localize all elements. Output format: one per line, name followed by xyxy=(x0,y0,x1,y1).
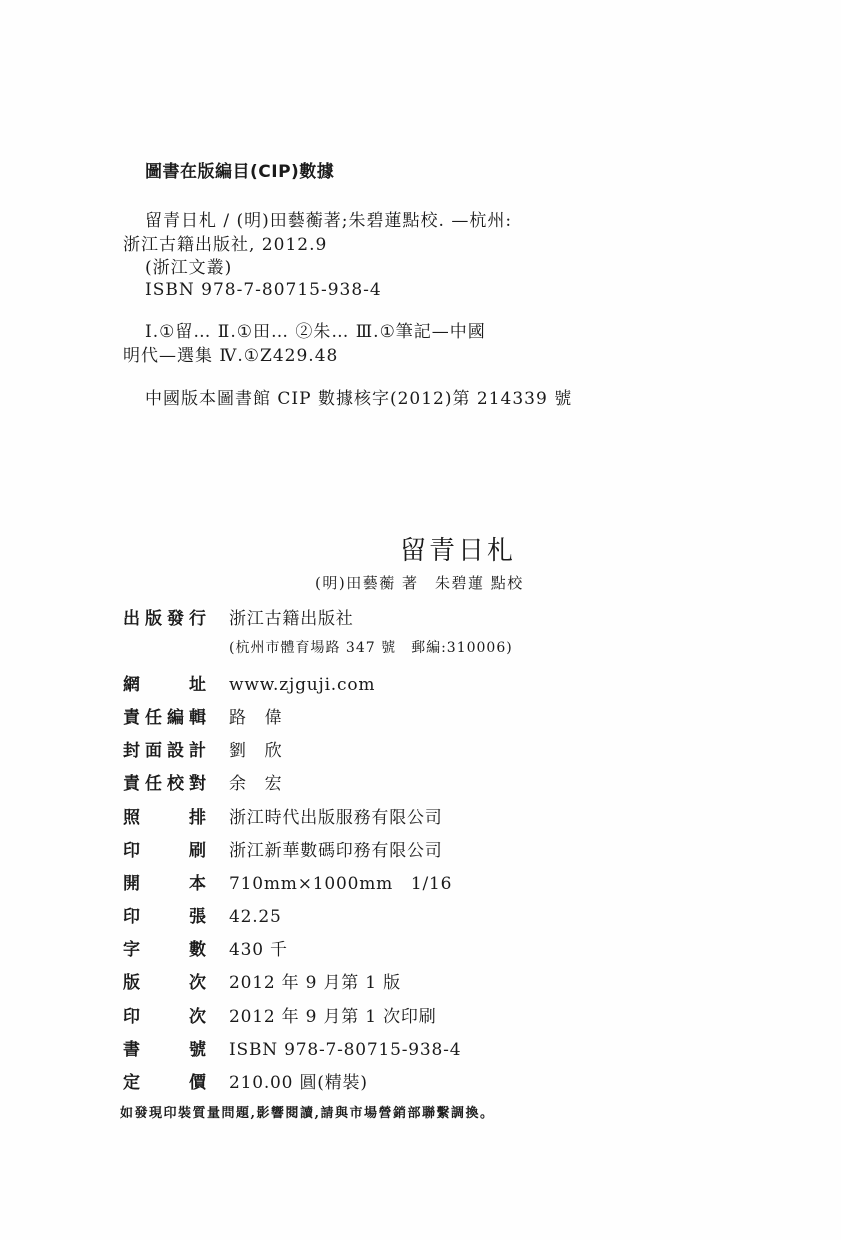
label-char: 印 xyxy=(123,1002,140,1027)
cip-heading: 圖書在版編目(CIP)數據 xyxy=(145,157,334,182)
label-char: 設 xyxy=(167,736,184,761)
label-char: 排 xyxy=(189,803,206,828)
colophon-value: 2012 年 9 月第 1 次印刷 xyxy=(229,1002,437,1027)
book-title: 留青日札 xyxy=(400,530,516,567)
colophon-label: 書號 xyxy=(123,1035,206,1060)
cip-line-record-number: 中國版本圖書館 CIP 數據核字(2012)第 214339 號 xyxy=(145,389,572,409)
colophon-value: 710mm×1000mm 1/16 xyxy=(229,869,452,894)
label-char: 字 xyxy=(123,935,140,960)
colophon-row: 責任校對余 宏 xyxy=(123,769,282,794)
label-char: 校 xyxy=(167,769,184,794)
label-char: 任 xyxy=(145,769,162,794)
label-char: 次 xyxy=(189,968,206,993)
label-char: 刷 xyxy=(189,836,206,861)
colophon-row: 字數430 千 xyxy=(123,935,288,960)
colophon-value: 路 偉 xyxy=(229,703,282,728)
label-char: 封 xyxy=(123,736,140,761)
quality-notice: 如發現印裝質量問題,影響閱讀,請與市場營銷部聯繫調換。 xyxy=(120,1102,495,1121)
colophon-row: 開本710mm×1000mm 1/16 xyxy=(123,869,452,894)
publisher-address: (杭州市體育場路 347 號 郵編:310006) xyxy=(229,637,513,657)
colophon-row: 封面設計劉 欣 xyxy=(123,736,282,761)
label-char: 出 xyxy=(123,604,140,629)
colophon-value: 浙江古籍出版社 xyxy=(229,604,354,629)
colophon-row: 印刷浙江新華數碼印務有限公司 xyxy=(123,836,443,861)
colophon-row-publisher: 出 版 發 行 浙江古籍出版社 xyxy=(123,604,354,629)
label-char: 版 xyxy=(123,968,140,993)
colophon-label: 出 版 發 行 xyxy=(123,604,206,629)
label-char: 任 xyxy=(145,703,162,728)
label-char: 數 xyxy=(189,935,206,960)
colophon-row: 網址www.zjguji.com xyxy=(123,670,375,695)
label-char: 網 xyxy=(123,670,140,695)
colophon-label: 開本 xyxy=(123,869,206,894)
label-char: 對 xyxy=(189,769,206,794)
colophon-label: 責任校對 xyxy=(123,769,206,794)
colophon-label: 印次 xyxy=(123,1002,206,1027)
label-char: 版 xyxy=(145,604,162,629)
colophon-label: 印張 xyxy=(123,902,206,927)
colophon-row: 版次2012 年 9 月第 1 版 xyxy=(123,968,401,993)
book-author-line: (明)田藝蘅 著 朱碧蓮 點校 xyxy=(315,572,524,593)
colophon-value: 劉 欣 xyxy=(229,736,282,761)
label-char: 責 xyxy=(123,703,140,728)
colophon-label: 責任編輯 xyxy=(123,703,206,728)
cip-line-classification: 明代—選集 Ⅳ.①Z429.48 xyxy=(123,346,338,366)
colophon-row: 責任編輯路 偉 xyxy=(123,703,282,728)
colophon-value: 浙江新華數碼印務有限公司 xyxy=(229,836,443,861)
colophon-row: 印次2012 年 9 月第 1 次印刷 xyxy=(123,1002,437,1027)
colophon-value: ISBN 978-7-80715-938-4 xyxy=(229,1040,461,1060)
label-char: 照 xyxy=(123,803,140,828)
label-char: 價 xyxy=(189,1068,206,1093)
colophon-value: 42.25 xyxy=(229,907,282,927)
colophon-label: 封面設計 xyxy=(123,736,206,761)
colophon-value: 2012 年 9 月第 1 版 xyxy=(229,968,401,993)
label-char: 編 xyxy=(167,703,184,728)
colophon-row: 照排浙江時代出版服務有限公司 xyxy=(123,803,443,828)
label-char: 責 xyxy=(123,769,140,794)
label-char: 行 xyxy=(189,604,206,629)
label-char: 印 xyxy=(123,836,140,861)
colophon-value: 210.00 圓(精裝) xyxy=(229,1068,368,1093)
label-char: 發 xyxy=(167,604,184,629)
colophon-label: 定價 xyxy=(123,1068,206,1093)
cip-line-isbn: ISBN 978-7-80715-938-4 xyxy=(145,280,382,300)
colophon-label: 版次 xyxy=(123,968,206,993)
label-char: 書 xyxy=(123,1035,140,1060)
cip-line-subjects: Ⅰ.①留… Ⅱ.①田… ②朱… Ⅲ.①筆記—中國 xyxy=(145,322,486,342)
label-char: 計 xyxy=(189,736,206,761)
colophon-row: 書號ISBN 978-7-80715-938-4 xyxy=(123,1035,461,1060)
cip-line-publisher: 浙江古籍出版社, 2012.9 xyxy=(123,235,327,255)
label-char: 次 xyxy=(189,1002,206,1027)
label-char: 輯 xyxy=(189,703,206,728)
cip-line-title: 留青日札 / (明)田藝蘅著;朱碧蓮點校. —杭州: xyxy=(145,211,512,231)
colophon-label: 網址 xyxy=(123,670,206,695)
label-char: 張 xyxy=(189,902,206,927)
label-char: 定 xyxy=(123,1068,140,1093)
label-char: 印 xyxy=(123,902,140,927)
colophon-label: 印刷 xyxy=(123,836,206,861)
colophon-row: 定價210.00 圓(精裝) xyxy=(123,1068,368,1093)
colophon-label: 字數 xyxy=(123,935,206,960)
label-char: 開 xyxy=(123,869,140,894)
label-char: 號 xyxy=(189,1035,206,1060)
colophon-value: 430 千 xyxy=(229,935,288,960)
colophon-value: 余 宏 xyxy=(229,769,282,794)
label-char: 面 xyxy=(145,736,162,761)
colophon-row: 印張42.25 xyxy=(123,902,282,927)
colophon-value: www.zjguji.com xyxy=(229,675,375,695)
label-char: 本 xyxy=(189,869,206,894)
colophon-value: 浙江時代出版服務有限公司 xyxy=(229,803,443,828)
colophon-label: 照排 xyxy=(123,803,206,828)
cip-line-series: (浙江文叢) xyxy=(145,258,232,278)
label-char: 址 xyxy=(189,670,206,695)
